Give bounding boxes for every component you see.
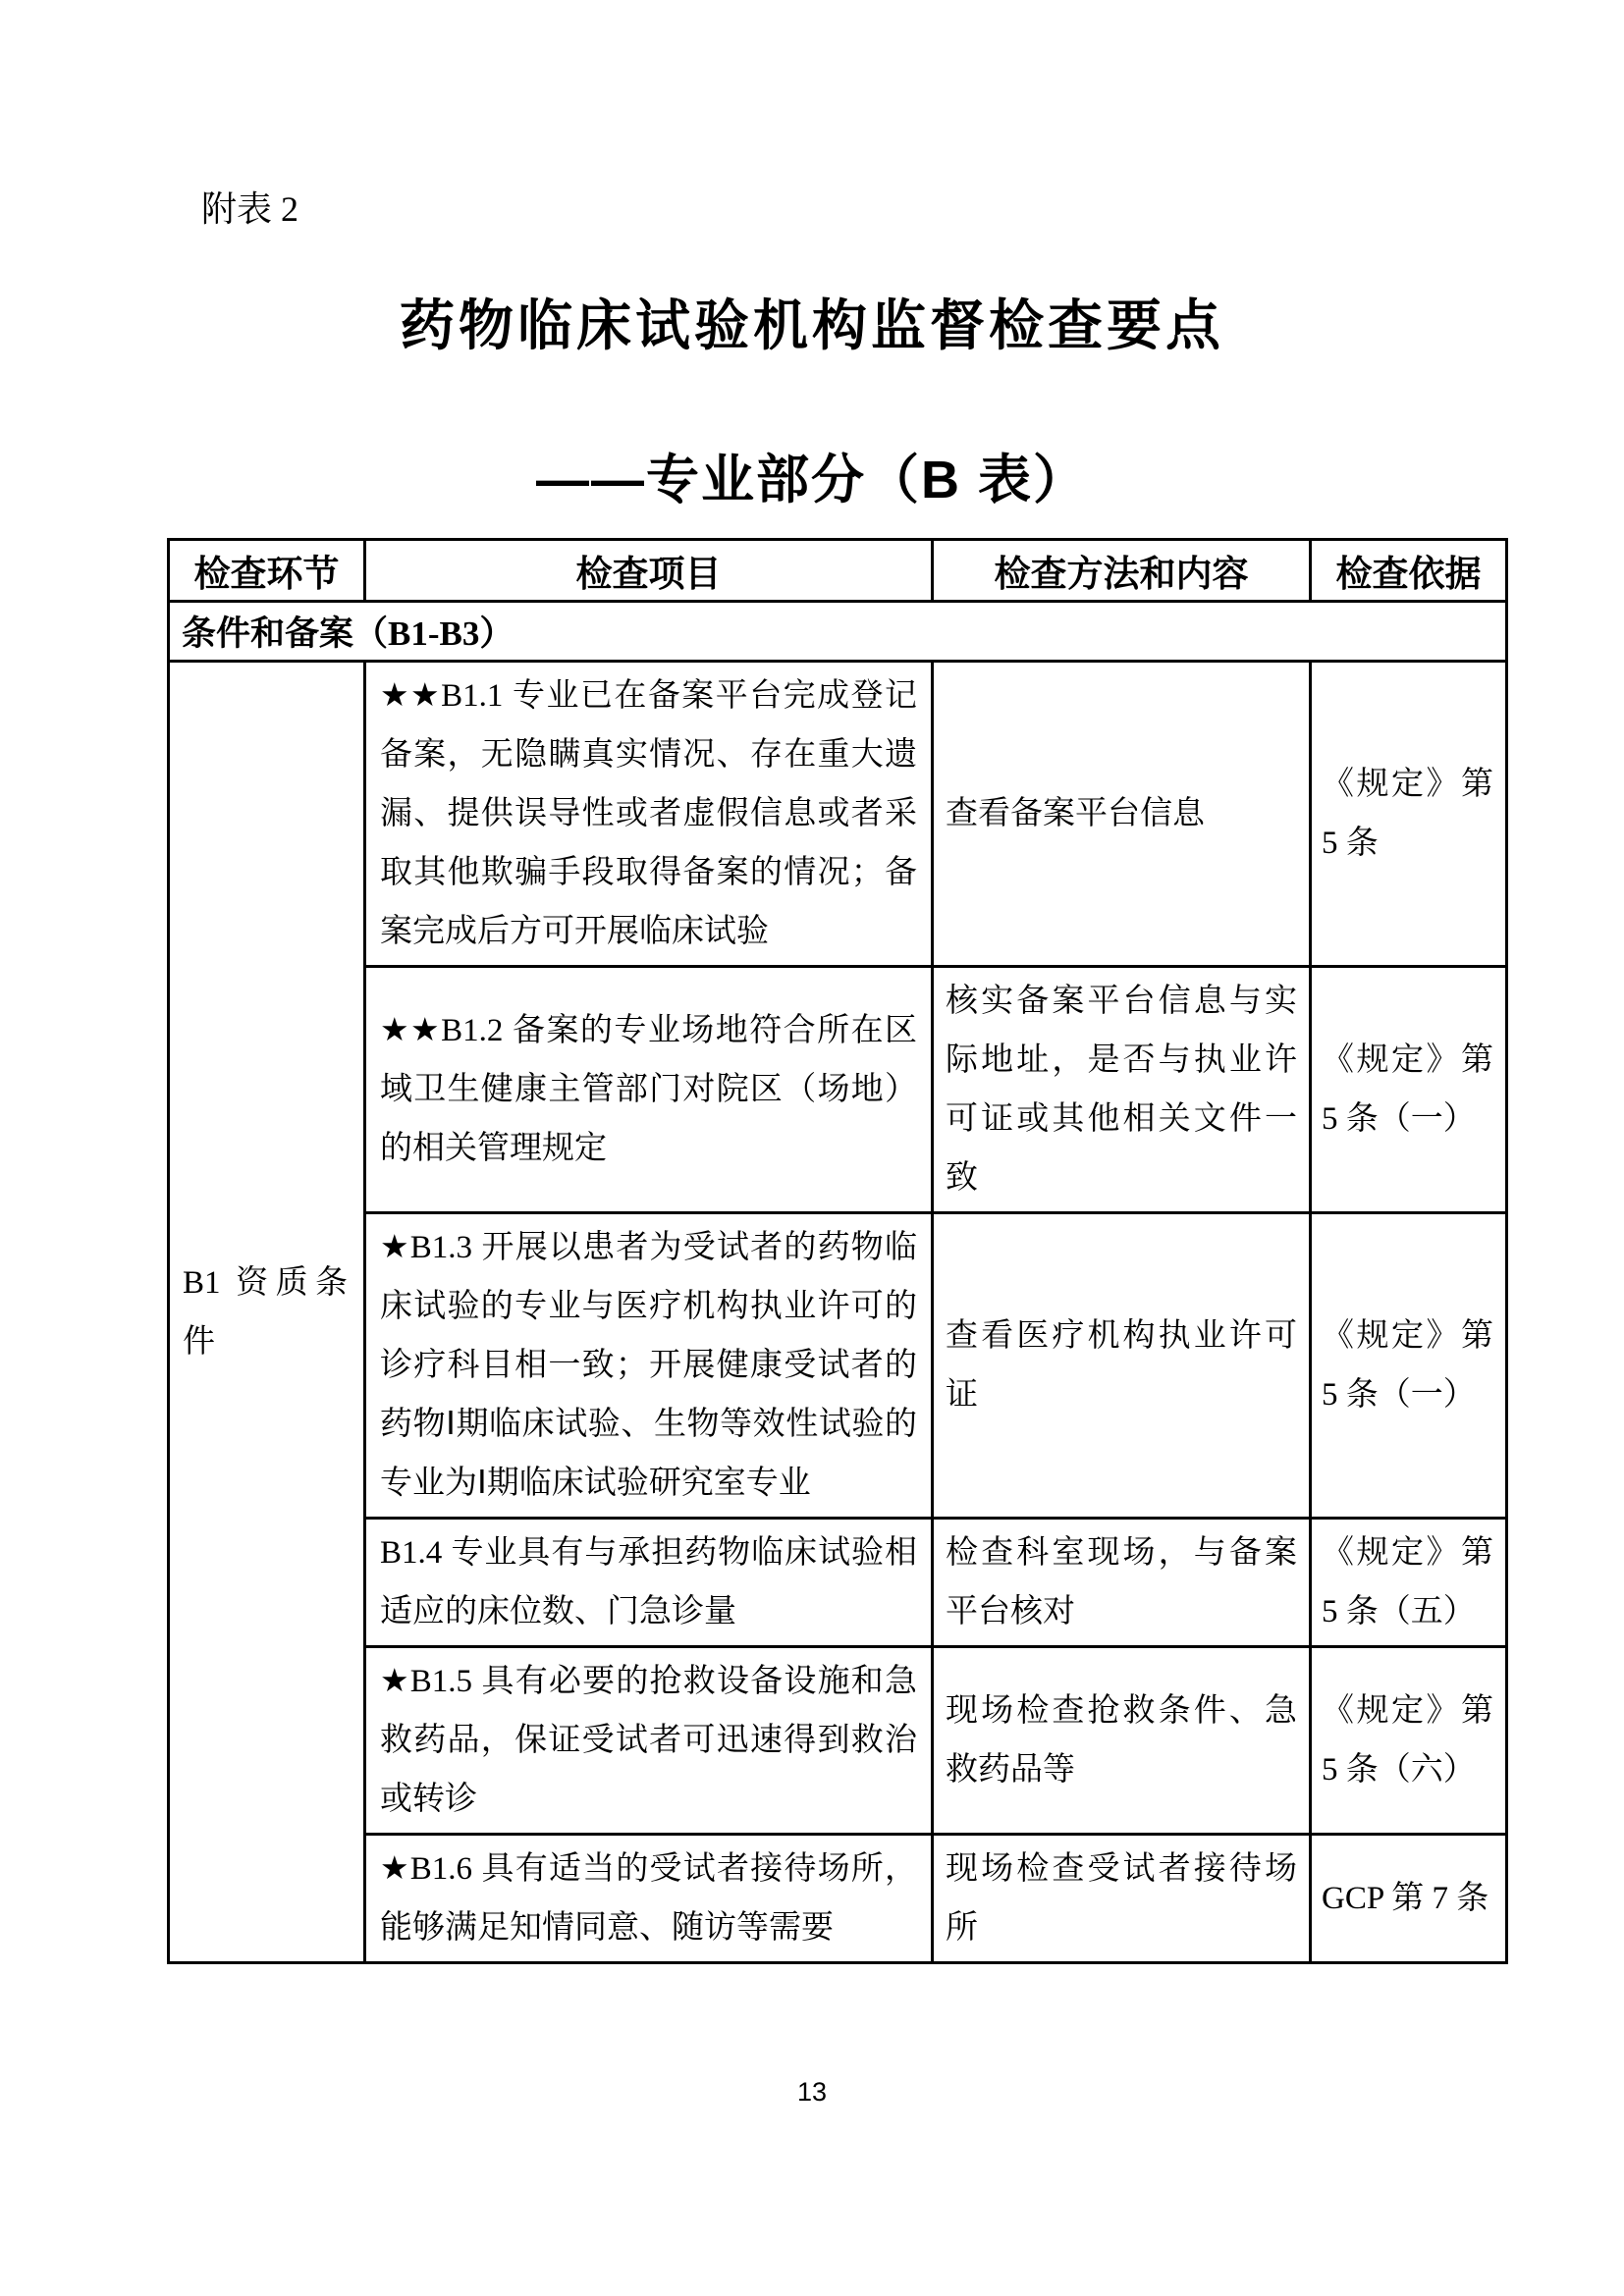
basis-cell-b1-4: 《规定》第 5 条（五） — [1311, 1519, 1507, 1647]
method-cell-b1-3: 查看医疗机构执业许可证 — [933, 1213, 1311, 1519]
table-row-b1-4: B1.4 专业具有与承担药物临床试验相适应的床位数、门急诊量 检查科室现场，与备… — [169, 1519, 1507, 1647]
col-header-basis: 检查依据 — [1311, 540, 1507, 602]
method-cell-b1-4: 检查科室现场，与备案平台核对 — [933, 1519, 1311, 1647]
basis-cell-b1-1: 《规定》第 5 条 — [1311, 662, 1507, 967]
section-row: 条件和备案（B1-B3） — [169, 602, 1507, 662]
item-cell-b1-6: ★B1.6 具有适当的受试者接待场所，能够满足知情同意、随访等需要 — [365, 1835, 933, 1963]
inspection-table: 检查环节 检查项目 检查方法和内容 检查依据 条件和备案（B1-B3） B1 资… — [167, 538, 1508, 1964]
col-header-inspection-stage: 检查环节 — [169, 540, 365, 602]
item-cell-b1-4: B1.4 专业具有与承担药物临床试验相适应的床位数、门急诊量 — [365, 1519, 933, 1647]
col-header-inspection-item: 检查项目 — [365, 540, 933, 602]
page-title: 药物临床试验机构监督检查要点 — [0, 283, 1624, 361]
method-cell-b1-1: 查看备案平台信息 — [933, 662, 1311, 967]
item-cell-b1-2: ★★B1.2 备案的专业场地符合所在区域卫生健康主管部门对院区（场地）的相关管理… — [365, 967, 933, 1213]
table-header-row: 检查环节 检查项目 检查方法和内容 检查依据 — [169, 540, 1507, 602]
table-row-b1-3: ★B1.3 开展以患者为受试者的药物临床试验的专业与医疗机构执业许可的诊疗科目相… — [169, 1213, 1507, 1519]
section-title: 条件和备案（B1-B3） — [169, 602, 1507, 662]
page-subtitle: ——专业部分（B 表） — [0, 438, 1624, 513]
table-row-b1-2: ★★B1.2 备案的专业场地符合所在区域卫生健康主管部门对院区（场地）的相关管理… — [169, 967, 1507, 1213]
basis-cell-b1-3: 《规定》第 5 条（一） — [1311, 1213, 1507, 1519]
basis-cell-b1-2: 《规定》第 5 条（一） — [1311, 967, 1507, 1213]
item-cell-b1-5: ★B1.5 具有必要的抢救设备设施和急救药品，保证受试者可迅速得到救治或转诊 — [365, 1647, 933, 1835]
annex-label: 附表 2 — [201, 188, 298, 231]
group-label-cell: B1 资质条件 — [169, 662, 365, 1963]
method-cell-b1-6: 现场检查受试者接待场所 — [933, 1835, 1311, 1963]
table-row-b1-6: ★B1.6 具有适当的受试者接待场所，能够满足知情同意、随访等需要 现场检查受试… — [169, 1835, 1507, 1963]
method-cell-b1-5: 现场检查抢救条件、急救药品等 — [933, 1647, 1311, 1835]
basis-cell-b1-5: 《规定》第 5 条（六） — [1311, 1647, 1507, 1835]
table-row-b1-5: ★B1.5 具有必要的抢救设备设施和急救药品，保证受试者可迅速得到救治或转诊 现… — [169, 1647, 1507, 1835]
basis-cell-b1-6: GCP 第 7 条 — [1311, 1835, 1507, 1963]
method-cell-b1-2: 核实备案平台信息与实际地址，是否与执业许可证或其他相关文件一致 — [933, 967, 1311, 1213]
table-row-b1-1: B1 资质条件 ★★B1.1 专业已在备案平台完成登记备案，无隐瞒真实情况、存在… — [169, 662, 1507, 967]
col-header-method-content: 检查方法和内容 — [933, 540, 1311, 602]
document-page: 附表 2 药物临床试验机构监督检查要点 ——专业部分（B 表） 检查环节 检查项… — [0, 0, 1624, 2296]
item-cell-b1-3: ★B1.3 开展以患者为受试者的药物临床试验的专业与医疗机构执业许可的诊疗科目相… — [365, 1213, 933, 1519]
page-number: 13 — [0, 2077, 1624, 2108]
item-cell-b1-1: ★★B1.1 专业已在备案平台完成登记备案，无隐瞒真实情况、存在重大遗漏、提供误… — [365, 662, 933, 967]
